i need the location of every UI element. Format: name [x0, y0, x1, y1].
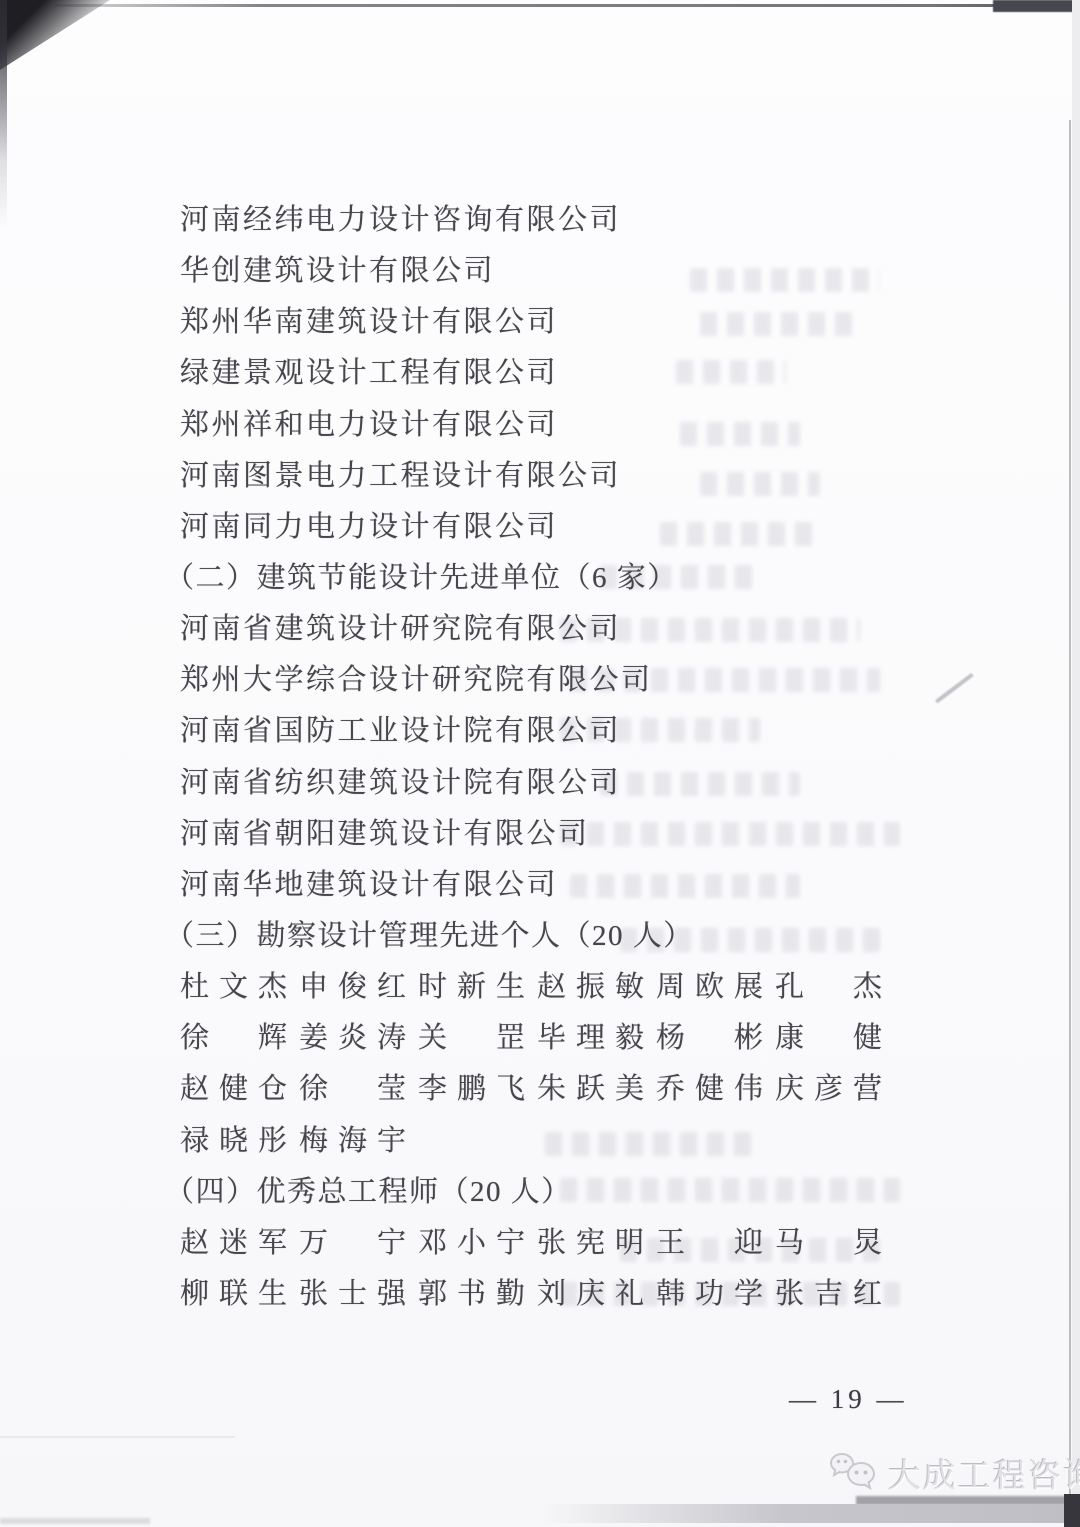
person-name: 庆彦营 [775, 1066, 882, 1107]
person-name: 马炅 [775, 1220, 882, 1261]
person-name: 万宁 [299, 1220, 406, 1261]
company-line: 河南省建筑设计研究院有限公司 [180, 601, 900, 652]
company-line: 河南省国防工业设计院有限公司 [180, 703, 900, 754]
scan-top-right-bar [993, 0, 1080, 12]
person-name: 毕理毅 [537, 1015, 644, 1056]
person-name: 邓小宁 [418, 1220, 525, 1261]
page-number: — 19 — [789, 1384, 908, 1415]
person-name: 乔健伟 [656, 1066, 763, 1107]
person-name: 孔杰 [775, 964, 882, 1005]
company-line: 河南图景电力工程设计有限公司 [180, 448, 900, 499]
names-row: 赵健仓 徐莹 李鹏飞 朱跃美 乔健伟 庆彦营 [180, 1061, 900, 1112]
scan-bottom-left-edge [0, 1518, 150, 1524]
names-row: 禄晓彤 梅海宇 [180, 1113, 900, 1164]
scan-left-edge-shadow [0, 0, 7, 230]
person-name: 时新生 [418, 964, 525, 1005]
person-name: 禄晓彤 [180, 1118, 287, 1159]
company-line: 河南经纬电力设计咨询有限公司 [180, 192, 900, 243]
document-body: 河南经纬电力设计咨询有限公司 华创建筑设计有限公司 郑州华南建筑设计有限公司 绿… [180, 192, 900, 1317]
paper-crease [0, 1436, 235, 1438]
person-name: 赵健仓 [180, 1066, 287, 1107]
person-name: 周欧展 [656, 964, 763, 1005]
names-row: 徐辉 姜炎涛 关罡 毕理毅 杨彬 康健 [180, 1010, 900, 1061]
watermark: 大成工程咨询 [828, 1450, 1080, 1497]
section-heading-4: （四）优秀总工程师（20 人） [165, 1164, 900, 1215]
person-name: 赵振敏 [537, 964, 644, 1005]
wechat-chat-bubbles-icon [828, 1451, 880, 1497]
person-name: 徐辉 [180, 1015, 287, 1056]
scan-bottom-corner [1064, 1494, 1080, 1527]
person-name: 康健 [775, 1015, 882, 1056]
person-name: 姜炎涛 [299, 1015, 406, 1056]
scan-corner-shadow [0, 0, 110, 70]
scan-right-edge-line [1069, 120, 1071, 1510]
company-line: 河南同力电力设计有限公司 [180, 499, 900, 550]
names-row: 柳联生 张士强 郭书勤 刘庆礼 韩功学 张吉红 [180, 1266, 900, 1317]
company-line: 郑州祥和电力设计有限公司 [180, 397, 900, 448]
section-heading-3: （三）勘察设计管理先进个人（20 人） [165, 908, 900, 959]
company-line: 郑州大学综合设计研究院有限公司 [180, 652, 900, 703]
person-name: 关罡 [418, 1015, 525, 1056]
company-line: 郑州华南建筑设计有限公司 [180, 294, 900, 345]
person-name: 郭书勤 [418, 1271, 525, 1312]
scan-bottom-shadow [856, 1496, 1080, 1505]
person-name: 杨彬 [656, 1015, 763, 1056]
person-name: 张士强 [299, 1271, 406, 1312]
person-name: 张宪明 [537, 1220, 644, 1261]
company-line: 河南省纺织建筑设计院有限公司 [180, 755, 900, 806]
scanned-document-page: { "doc": { "section1_companies": [ "河南经纬… [0, 0, 1080, 1527]
section-heading-2: （二）建筑节能设计先进单位（6 家） [165, 550, 900, 601]
person-name: 张吉红 [775, 1271, 882, 1312]
scan-top-edge-line [55, 4, 1080, 7]
scan-right-margin [1072, 0, 1080, 1527]
watermark-text: 大成工程咨询 [888, 1450, 1080, 1497]
names-row: 赵迷军 万宁 邓小宁 张宪明 王迎 马炅 [180, 1215, 900, 1266]
person-name: 王迎 [656, 1220, 763, 1261]
scan-bottom-band [540, 1504, 1080, 1523]
company-line: 绿建景观设计工程有限公司 [180, 345, 900, 396]
company-line: 河南省朝阳建筑设计有限公司 [180, 806, 900, 857]
person-name: 韩功学 [656, 1271, 763, 1312]
company-line: 华创建筑设计有限公司 [180, 243, 900, 294]
person-name: 李鹏飞 [418, 1066, 525, 1107]
person-name: 梅海宇 [299, 1118, 406, 1159]
names-row: 杜文杰 申俊红 时新生 赵振敏 周欧展 孔杰 [180, 959, 900, 1010]
person-name: 杜文杰 [180, 964, 287, 1005]
pen-mark [935, 673, 974, 704]
person-name: 申俊红 [299, 964, 406, 1005]
company-line: 河南华地建筑设计有限公司 [180, 857, 900, 908]
person-name: 刘庆礼 [537, 1271, 644, 1312]
person-name: 朱跃美 [537, 1066, 644, 1107]
person-name: 徐莹 [299, 1066, 406, 1107]
person-name: 柳联生 [180, 1271, 287, 1312]
person-name: 赵迷军 [180, 1220, 287, 1261]
